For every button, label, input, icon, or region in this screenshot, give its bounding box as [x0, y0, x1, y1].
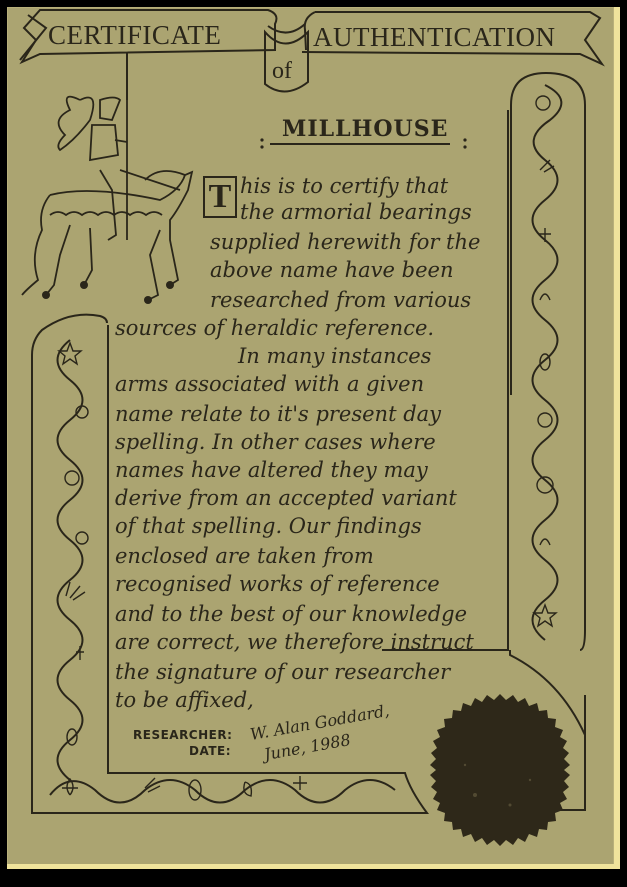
- embossed-seal-icon: [420, 690, 580, 850]
